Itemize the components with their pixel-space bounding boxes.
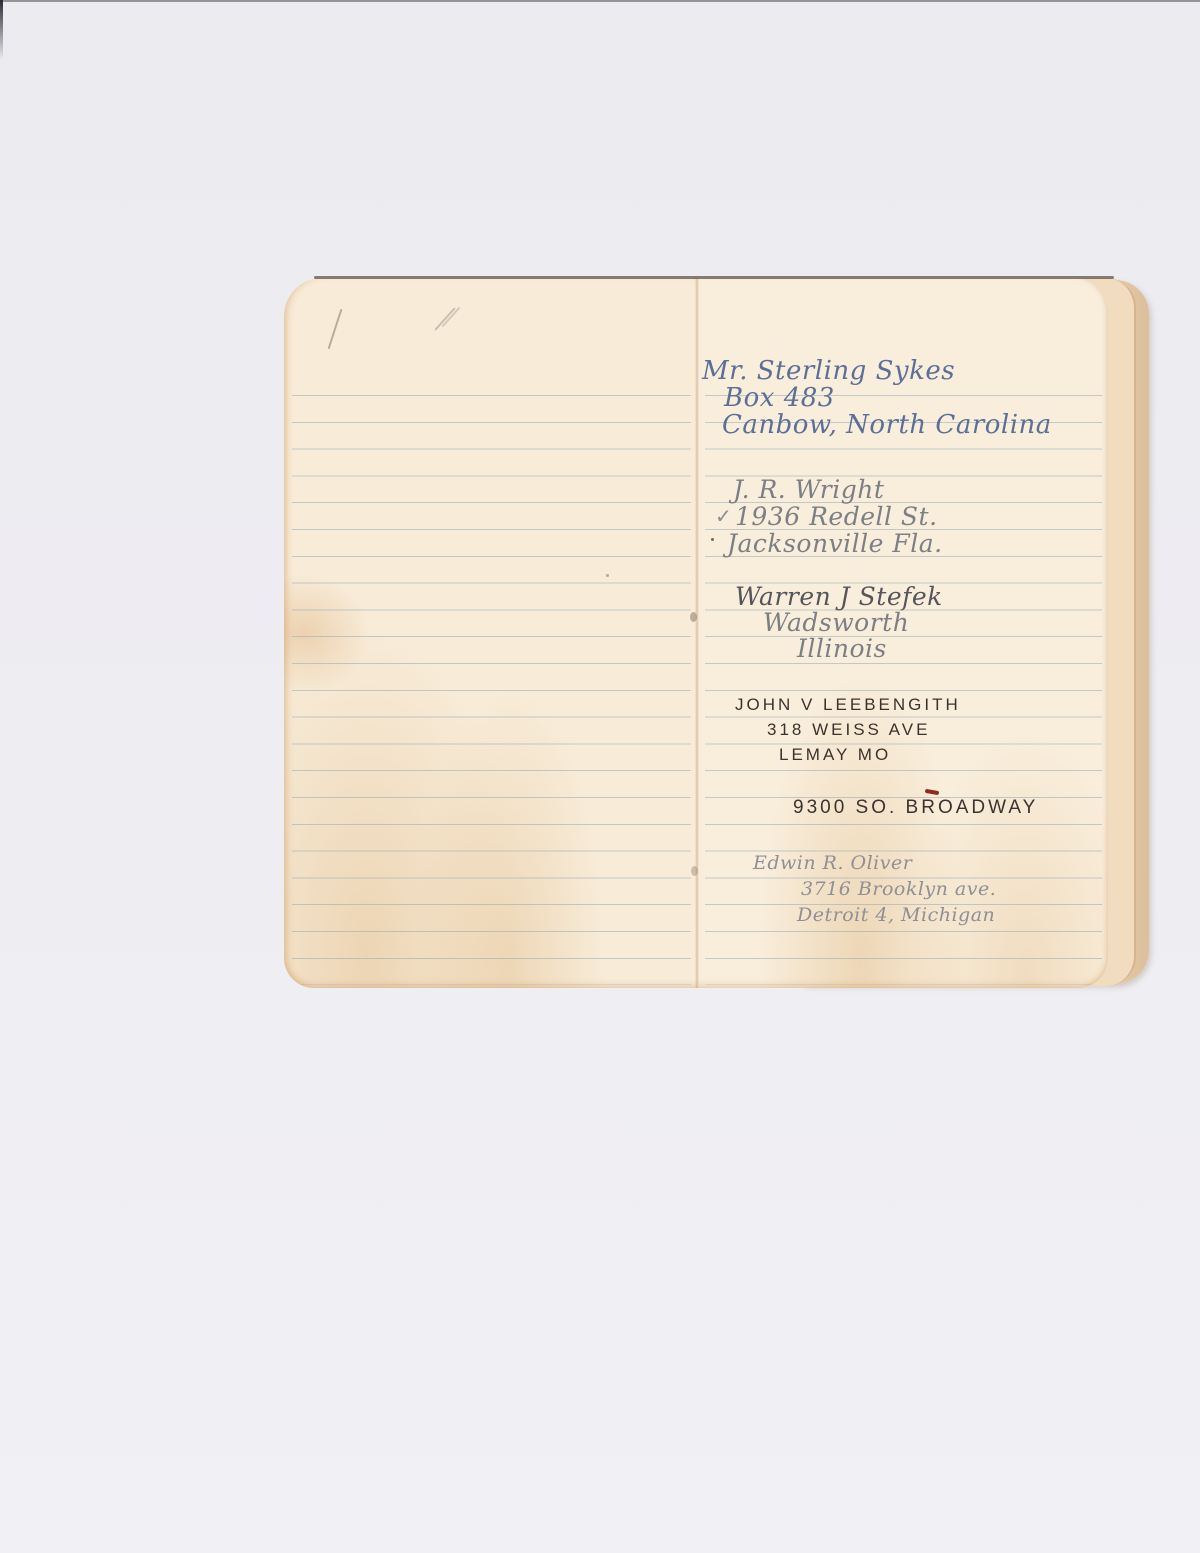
right-page: Mr. Sterling Sykes Box 483 Canbow, North…: [697, 278, 1108, 988]
entry-address-line: 3716 Brooklyn ave.: [801, 876, 999, 902]
speck: [606, 574, 609, 577]
scanner-edge-left: [0, 0, 3, 60]
address-notebook: Mr. Sterling Sykes Box 483 Canbow, North…: [284, 276, 1150, 992]
checkmark-icon: ✓: [715, 504, 732, 528]
entry-city-state: Detroit 4, Michigan: [797, 902, 995, 928]
entry-name: J. R. Wright: [733, 476, 949, 503]
entry-city-state: LEMAY MO: [779, 742, 1024, 767]
entry-address-line: 318 WEISS AVE: [767, 717, 1012, 742]
entry-city: Wadsworth: [763, 610, 971, 636]
ruled-lines-left: [292, 395, 691, 985]
notebook-top-edge: [314, 276, 1114, 279]
entry-alt-address: 9300 SO. BROADWAY: [793, 795, 1038, 820]
spine-fold: [695, 278, 699, 988]
entry-city-state: Jacksonville Fla.: [727, 530, 943, 557]
scanner-edge-top: [0, 0, 1200, 2]
binding-stitch: [690, 612, 697, 622]
ink-dot: [711, 538, 714, 541]
address-entry-sykes: Mr. Sterling Sykes Box 483 Canbow, North…: [702, 358, 1032, 439]
entry-name: Mr. Sterling Sykes: [702, 358, 1032, 385]
entry-name: JOHN V LEEBENGITH: [735, 692, 980, 717]
left-page: [284, 278, 697, 988]
entry-name: Edwin R. Oliver: [753, 850, 951, 876]
address-entry-leebengith: JOHN V LEEBENGITH 318 WEISS AVE LEMAY MO…: [735, 692, 980, 792]
pencil-mark-2: [434, 307, 456, 331]
entry-address-line: 1936 Redell St.: [735, 503, 951, 530]
address-entry-wright: J. R. Wright 1936 Redell St. Jacksonvill…: [733, 476, 949, 557]
entry-state: Illinois: [797, 636, 1005, 662]
pencil-mark-1: [328, 309, 343, 350]
entry-name: Warren J Stefek: [735, 584, 943, 610]
address-entry-oliver: Edwin R. Oliver 3716 Brooklyn ave. Detro…: [753, 850, 951, 928]
binding-stitch: [691, 866, 698, 876]
address-entry-stefek: Warren J Stefek Wadsworth Illinois: [735, 584, 943, 662]
entry-city-state: Canbow, North Carolina: [722, 412, 1052, 439]
entry-address-line: Box 483: [724, 385, 1054, 412]
